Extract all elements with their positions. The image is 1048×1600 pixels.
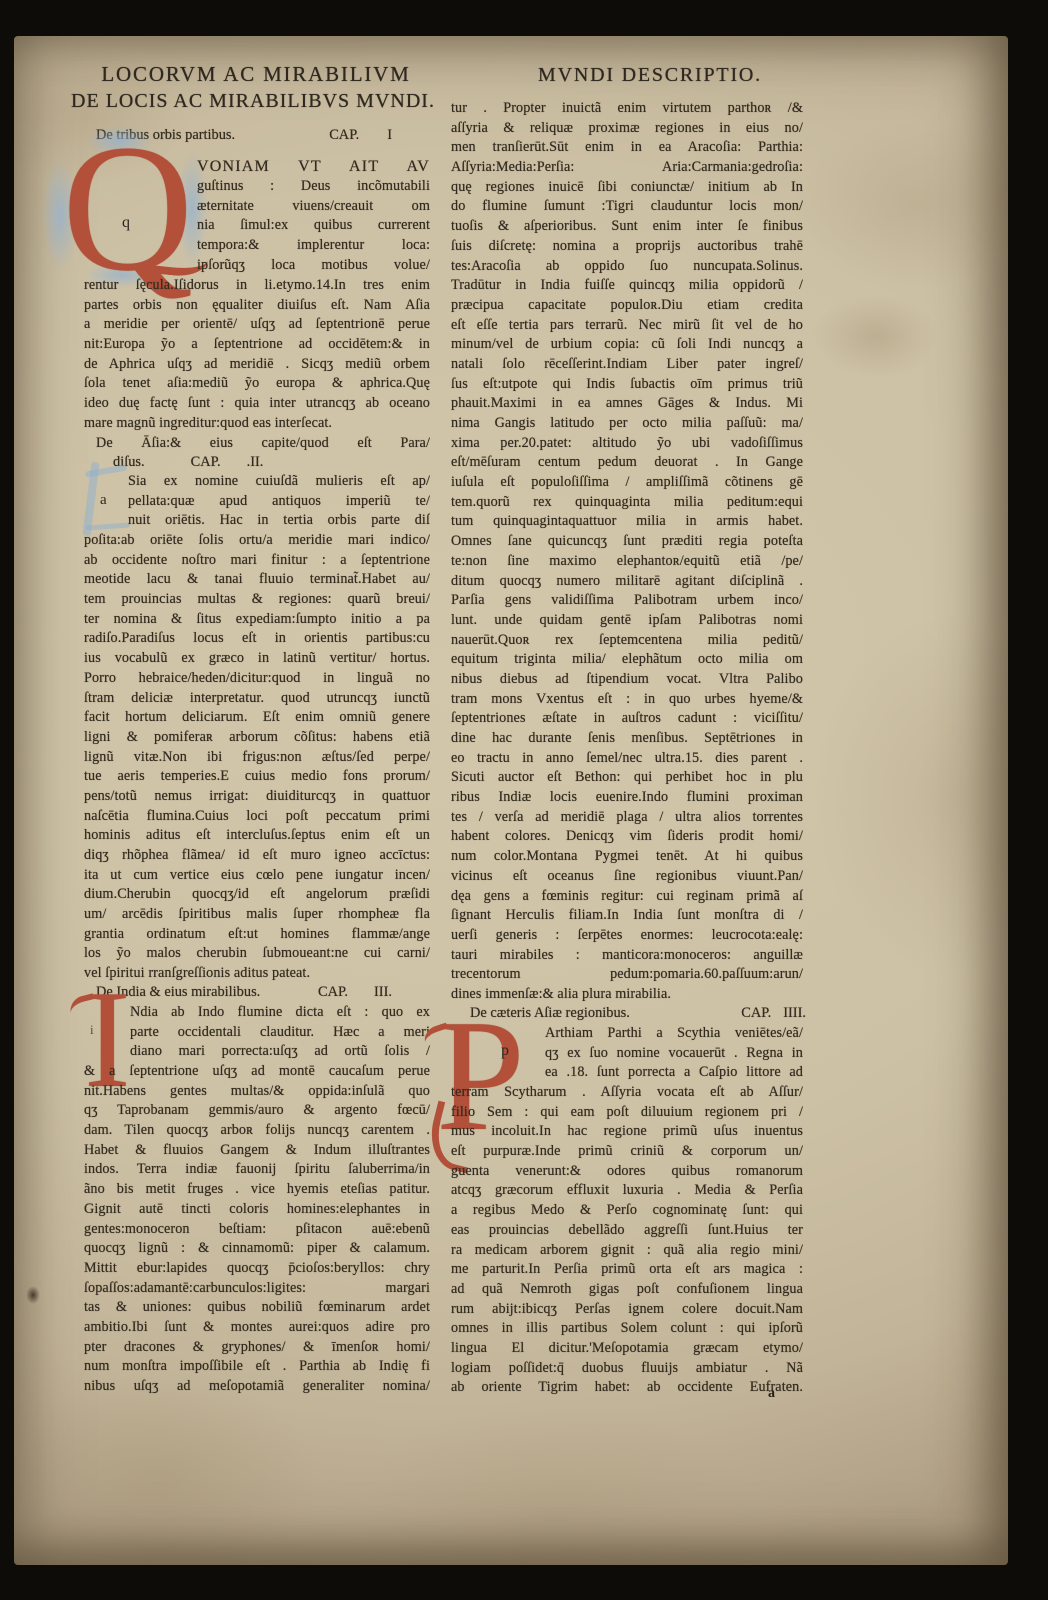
text-line: equitum triginta milia/ elephãtum octo m… xyxy=(451,650,803,670)
text-line: ribus Indiæ locis euenire.Indo flumini p… xyxy=(451,788,803,808)
q-wrap-lines: guſtinus : Deus incõmutabiliæternitate v… xyxy=(197,177,430,275)
left-text-block-1: rentur ſęcula.Iſidorus in li.etymo.14.In… xyxy=(84,276,430,434)
text-line: xima per.20.patet: altitudo ỹo ubi vadoſ… xyxy=(451,434,803,454)
text-line: dęa gens a fœminis regitur: cui reginam … xyxy=(451,887,803,907)
text-line: habent colores. Denicqʒ vim ſideris prod… xyxy=(451,827,803,847)
text-line: ſuis diſcretę: nomina a proprijs auctori… xyxy=(451,237,803,257)
text-line: Sicuti auctor eſt Bethon: qui perhibet h… xyxy=(451,768,803,788)
q-first-line: VONIAM VT AIT AV xyxy=(197,157,430,177)
text-line: nima Gangis latitudo per octo milia paſſ… xyxy=(451,414,803,434)
text-line: pens/totũ nemus irrigat: diuiditurcqʒ in… xyxy=(84,787,430,807)
chapter4-cap-label: CAP. xyxy=(741,1004,771,1024)
text-line: præcipua capacitate populoʀ.Diu etiam cr… xyxy=(451,296,803,316)
text-line: omnes in illis partibus Solem colunt : q… xyxy=(451,1319,803,1339)
text-line: me parturit.In Perſia primũ orta eſt ars… xyxy=(451,1260,803,1280)
text-line: ab oriente Tigrim habet: ab occidente Eu… xyxy=(451,1378,803,1398)
text-line: partes orbis non ęqualiter diuiſus eſt. … xyxy=(84,296,430,316)
text-line: eſt eſſe tertia pars terrarũ. Nec mirũ ſ… xyxy=(451,316,803,336)
text-line: indos. Terra indiæ fauonij ſpiritu ſalub… xyxy=(84,1160,430,1180)
text-line: Porro hebraice/heden/dicitur:quod in lin… xyxy=(84,669,430,689)
text-line: quę regiones inuicē ſibi coniunctæ/ init… xyxy=(451,178,803,198)
text-line: ad quã Nemroth gigas poſt confuſionem li… xyxy=(451,1280,803,1300)
text-line: um/ arcēdis ſpiritibus malis ſuper rhomp… xyxy=(84,905,430,925)
text-line: tur . Propter inuictã enim virtutem part… xyxy=(451,99,803,119)
text-line: eo tractu in anno ſemel/nec ultra.15. di… xyxy=(451,749,803,769)
text-line: Omnes ſane quicuncqʒ ſunt præditi regia … xyxy=(451,532,803,552)
text-line: nauerūt.Quoʀ rex ſeptemcentena milia ped… xyxy=(451,631,803,651)
text-line: tem.quorũ rex quinquaginta milia peditum… xyxy=(451,493,803,513)
guide-letter-p: p xyxy=(501,1042,509,1060)
text-line: nuit oriētis. Hac in tertia orbis parte … xyxy=(128,511,430,531)
chapter2-title-line1: De Āſia:& eius capite/quod eſt Para/ xyxy=(96,434,430,454)
text-line: parte occidentali clauditur. Hæc a meri xyxy=(130,1023,430,1043)
text-line: tauri mirabiles : manticora:monoceros: a… xyxy=(451,946,803,966)
text-line: æternitate viuens/creauit om xyxy=(197,197,430,217)
text-line: quocqʒ lignũ : & cinnamomũ: piper & cala… xyxy=(84,1239,430,1259)
text-line: te:non ſine maximo elephantoʀ/equitũ eti… xyxy=(451,552,803,572)
text-line: diqʒ rhõphea flãmea/ id eſt muro igneo a… xyxy=(84,846,430,866)
text-line: natali ſolo rēceſſerint.Indiam Liber pat… xyxy=(451,355,803,375)
text-line: tempora:& implerentur loca: xyxy=(197,236,430,256)
text-line: a regibus Medo & Perſo cognominatę ſunt:… xyxy=(451,1201,803,1221)
chapter3-heading: De India & eius mirabilibus. CAP. III. xyxy=(96,983,392,1003)
text-line: vel ſpiritui rranſgreſſionis aditus pate… xyxy=(84,964,430,984)
text-line: tem prouincias multas & regiones: quarũ … xyxy=(84,590,430,610)
text-line: ea .18. ſunt porrecta a Caſpio littore a… xyxy=(545,1063,803,1083)
text-line: ſtram deliciæ interpretatur. quod utrunc… xyxy=(84,689,430,709)
text-line: qʒ ex ſuo nomine vocauerūt . Regna in xyxy=(545,1044,803,1064)
text-line: iuſula eſt populoſiſſima / ampliſſimã cõ… xyxy=(451,473,803,493)
text-line: dine hac durante ſenis menſibus. Septētr… xyxy=(451,729,803,749)
text-line: & a ſeptentrione uſqʒ ad montē caucaſum … xyxy=(84,1062,430,1082)
text-line: Habet & fluuios Gangem & Indum illuſtran… xyxy=(84,1141,430,1161)
text-line: ſeptentriones æſtate in auſtros cadunt :… xyxy=(451,709,803,729)
text-line: tuoſis & aſperioribus. Sunt enim inter ſ… xyxy=(451,217,803,237)
text-line: do flumine ſumunt :Tigri clauduntur loci… xyxy=(451,197,803,217)
text-line: meotide lacu & tanai fluuio terminat̃.Ha… xyxy=(84,570,430,590)
text-line: aſſyria & reliquæ proximæ regiones in ei… xyxy=(451,119,803,139)
left-text-block-3: & a ſeptentrione uſqʒ ad montē caucaſum … xyxy=(84,1062,430,1397)
text-line: eſt/mēſuram centum pedum deuorat . In Ga… xyxy=(451,453,803,473)
text-line: trecentorum pedum:pomaria.60.paſſuum:aru… xyxy=(451,965,803,985)
text-line: eſt purpuræ.Inde primũ criniũ & corporum… xyxy=(451,1142,803,1162)
text-line: naſcētia flumina.Cuius loci poſt peccatu… xyxy=(84,807,430,827)
text-line: ter nomina & ſitus expediam:ſumpto initi… xyxy=(84,610,430,630)
text-line: filio Sem : qui eam poſt diluuium region… xyxy=(451,1103,803,1123)
text-line: hominis aditus eſt intercluſus.ſeptus en… xyxy=(84,826,430,846)
right-text-block-1: tur . Propter inuictã enim virtutem part… xyxy=(451,99,803,1005)
text-line: ligni & pomiferaʀ arborum cõſitus: haben… xyxy=(84,728,430,748)
text-line: dium.Cherubin quocqʒ/id eſt angelorum pr… xyxy=(84,885,430,905)
left-text-block-2: poſita:ab oriēte ſolis ortu/a meridie ma… xyxy=(84,531,430,984)
text-line: ipſorũqʒ loca motibus volue/ xyxy=(197,256,430,276)
book-scan-page: LOCORVM AC MIRABILIVM DE LOCIS AC MIRABI… xyxy=(0,0,1048,1600)
p-wrap-lines: Arthiam Parthi a Scythia veniētes/eã/qʒ … xyxy=(545,1024,803,1083)
text-line: uerſi generis : ſerpētes enormes: leucro… xyxy=(451,926,803,946)
text-line: tas & uniones: quibus nobiliũ fœminarum … xyxy=(84,1298,430,1318)
text-line: diano mari porrecta:uſqʒ ad ortũ ſolis / xyxy=(130,1042,430,1062)
text-line: num monſtra impoſſibile eſt . Parthia ab… xyxy=(84,1357,430,1377)
text-line: tes:Aracoſia ab oppido ſuo nuncupata.Sol… xyxy=(451,257,803,277)
text-line: facit hortum deliciarum. Eſt enim omniũ … xyxy=(84,708,430,728)
chapter1-cap-label: CAP. xyxy=(329,126,359,146)
text-line: Aſſyria:Media:Perſia: Aria:Carmania:gedr… xyxy=(451,158,803,178)
text-line: pter dracones & gryphones/ & īmenſoʀ hom… xyxy=(84,1338,430,1358)
running-header-left-line1: LOCORVM AC MIRABILIVM xyxy=(60,62,452,87)
text-line: qʒ Taprobanam gemmis/auro & argento fœcū… xyxy=(84,1101,430,1121)
text-line: ius vocabulũ ex græco in latinũ vertitur… xyxy=(84,649,430,669)
text-line: tum quinquagintaquattuor milia in armis … xyxy=(451,512,803,532)
chapter1-cap-number: I xyxy=(387,126,392,146)
text-line: de Aphrica uſqʒ ad meridiē . Sicqʒ mediũ… xyxy=(84,355,430,375)
text-line: men tranſierūt.Sūt enim in ea Aracoſia: … xyxy=(451,138,803,158)
text-line: los ỹo malos cherubin ſubmoueant:ne cui … xyxy=(84,944,430,964)
text-line: Mittit ebur:lapides quocqʒ p̄cioſos:bery… xyxy=(84,1259,430,1279)
i-wrap-lines: Ndia ab Indo flumine dicta eſt : quo exp… xyxy=(130,1003,430,1062)
text-line: gentes:monoceron beſtiam: pſitacon auē:e… xyxy=(84,1220,430,1240)
text-line: ſopaſſos:adamantē:carbunculos:ligites: m… xyxy=(84,1279,430,1299)
guide-letter-a: a xyxy=(100,492,107,509)
text-line: rum abĳt:ibicqʒ Perſas ignem colere docu… xyxy=(451,1300,803,1320)
right-text-block-2: terram Scytharum . Aſſyria vocata eſt ab… xyxy=(451,1083,803,1398)
text-line: phauit.Maximi in ea amnes Gāges & Indus.… xyxy=(451,394,803,414)
text-line: guenta venerunt:& odores quibus romanoru… xyxy=(451,1162,803,1182)
text-line: ita ut cum vertice eius cœlo pene iungat… xyxy=(84,866,430,886)
chapter2-cap-number: .II. xyxy=(247,453,264,473)
text-line: ambitio.Ibi ſunt & montes aurei:quos adi… xyxy=(84,1318,430,1338)
text-line: eas prouincias debellãdo aggreſſi ſunt.H… xyxy=(451,1221,803,1241)
text-line: poſita:ab oriēte ſolis ortu/a meridie ma… xyxy=(84,531,430,551)
text-line: num color.Montana Pygmei tenēt. At hi qu… xyxy=(451,847,803,867)
text-line: Ndia ab Indo flumine dicta eſt : quo ex xyxy=(130,1003,430,1023)
text-line: ſola tenet aſia:mediũ ỹo europa & aphric… xyxy=(84,374,430,394)
text-line: Sia ex nomine cuiuſdã mulieris eſt ap/ xyxy=(128,472,430,492)
text-line: tue aeris temperies.E cuius medio fons p… xyxy=(84,767,430,787)
text-line: mare magnũ ingreditur:quod eas interſeca… xyxy=(84,414,430,434)
text-line: Parſia gens validiſſima Palibotram urbem… xyxy=(451,591,803,611)
text-line: nit:Europa ỹo a ſeptentrione ad occidēte… xyxy=(84,335,430,355)
text-line: ſignant Herculis filiam.In India ſunt mo… xyxy=(451,906,803,926)
text-line: grantia ordinatum eſt:ut homines flammæ/… xyxy=(84,925,430,945)
chapter2-heading: diſus. CAP. .II. xyxy=(113,453,263,473)
text-line: nibus uſqʒ ad meſopotamiã generaliter no… xyxy=(84,1377,430,1397)
chapter2-heading-wrap: De Āſia:& eius capite/quod eſt Para/ xyxy=(96,434,430,454)
text-line: guſtinus : Deus incõmutabili xyxy=(197,177,430,197)
signature-mark: a xyxy=(768,1386,775,1402)
text-line: ãno bis metit fruges . vice hyemis eteſi… xyxy=(84,1180,430,1200)
text-line: radiſo.Paradiſus locus eſt in orientis p… xyxy=(84,629,430,649)
chapter4-cap-number: IIII. xyxy=(783,1004,806,1024)
text-line: atcqʒ græcorum effluxit luxuria . Media … xyxy=(451,1181,803,1201)
text-line: tram mons Vxentus eſt : in quo urbes hye… xyxy=(451,690,803,710)
text-line: pellata:quæ apud antiquos imperiũ te/ xyxy=(128,492,430,512)
chapter3-cap-number: III. xyxy=(374,983,392,1003)
text-line: mus incoluit.In hac regione primũ uſus i… xyxy=(451,1122,803,1142)
text-line: terram Scytharum . Aſſyria vocata eſt ab… xyxy=(451,1083,803,1103)
ink-spot xyxy=(26,1286,40,1304)
text-line: Arthiam Parthi a Scythia veniētes/eã/ xyxy=(545,1024,803,1044)
text-line: nit.Habens gentes multas/& oppida:inſulã… xyxy=(84,1082,430,1102)
text-line: ideo duę factę ſunt : quia inter utrancq… xyxy=(84,394,430,414)
text-line: nia ſimul:ex quibus currerent xyxy=(197,216,430,236)
text-line: ab occidente noſtro mari finitur : a ſep… xyxy=(84,551,430,571)
text-line: minum/vel de urbium copia: cũ ſoli Indi … xyxy=(451,335,803,355)
guide-letter-q: q xyxy=(122,214,130,232)
a-wrap-lines: Sia ex nomine cuiuſdã mulieris eſt ap/pe… xyxy=(128,472,430,531)
text-line: ditum quocqʒ numero militarē agitant diſ… xyxy=(451,572,803,592)
text-line: logiam poſſidet:q̄ duobus fluuijs ambiat… xyxy=(451,1359,803,1379)
guide-letter-i: i xyxy=(90,1022,94,1038)
text-line: Tradūtur in India fuiſſe quincqʒ milia o… xyxy=(451,276,803,296)
text-line: a meridie per orientē/ uſqʒ ad ſeptentri… xyxy=(84,315,430,335)
text-line: nibus diebus ad ſtipendium vocat. Vltra … xyxy=(451,670,803,690)
text-line: ra medicam arborem gignit : quã alia reg… xyxy=(451,1241,803,1261)
text-line: lignũ vitæ.Non ibi frigus:non æſtus/ſed … xyxy=(84,748,430,768)
text-line: rentur ſęcula.Iſidorus in li.etymo.14.In… xyxy=(84,276,430,296)
running-header-right: MVNDI DESCRIPTIO. xyxy=(455,64,845,87)
text-line: lingua El dicitur.'Meſopotamia græcam et… xyxy=(451,1339,803,1359)
chapter3-cap-label: CAP. xyxy=(318,983,348,1003)
text-line: ſus eſt:utpote qui Indis ſubactis oīm pr… xyxy=(451,375,803,395)
text-line: lunt. unde quidam gentē ipſam Palibotras… xyxy=(451,611,803,631)
chapter2-cap-label: CAP. xyxy=(191,453,221,473)
text-line: dam. Tilen quocqʒ arboʀ folijs nuncqʒ ca… xyxy=(84,1121,430,1141)
text-line: vicinus eſt oceanus ſine regionibus viuu… xyxy=(451,867,803,887)
text-line: Gignit autē tincti coloris homines:eleph… xyxy=(84,1200,430,1220)
text-line: tes / verſa ad meridiē plaga / ultra ali… xyxy=(451,808,803,828)
